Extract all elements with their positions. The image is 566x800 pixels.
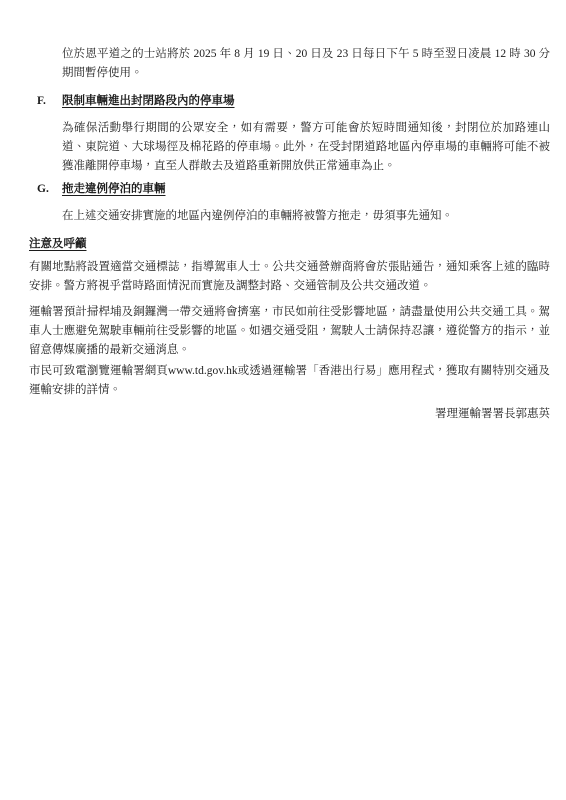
section-f-title: 限制車輛進出封閉路段內的停車場 xyxy=(62,92,235,111)
document-page: 位於恩平道之的士站將於 2025 年 8 月 19 日、20 日及 23 日每日… xyxy=(0,0,566,800)
section-g-title: 拖走違例停泊的車輛 xyxy=(62,180,166,199)
signature-line: 署理運輸署署長郭惠英 xyxy=(29,405,550,424)
document-content: 位於恩平道之的士站將於 2025 年 8 月 19 日、20 日及 23 日每日… xyxy=(0,0,566,424)
notes-paragraph-congestion-advice: 運輸署預計掃桿埔及銅鑼灣一帶交通將會擠塞，市民如前往受影響地區，請盡量使用公共交… xyxy=(29,303,550,360)
notes-paragraph-website-info: 市民可致電瀏覽運輸署網頁www.td.gov.hk或透過運輸署「香港出行易」應用… xyxy=(29,362,550,400)
section-g-paragraph: 在上述交通安排實施的地區內違例停泊的車輛將被警方拖走，毋須事先通知。 xyxy=(62,207,550,226)
section-g-letter: G. xyxy=(29,180,62,199)
section-f-paragraph: 為確保活動舉行期間的公眾安全，如有需要，警方可能會於短時間通知後，封閉位於加路連… xyxy=(62,119,550,176)
section-f-heading: F. 限制車輛進出封閉路段內的停車場 xyxy=(29,92,550,111)
section-f-letter: F. xyxy=(29,92,62,111)
notes-heading: 注意及呼籲 xyxy=(29,235,550,254)
section-g-heading: G. 拖走違例停泊的車輛 xyxy=(29,180,550,199)
notes-paragraph-traffic-signs: 有關地點將設置適當交通標誌，指導駕車人士。公共交通營辦商將會於張貼通告，通知乘客… xyxy=(29,258,550,296)
intro-paragraph: 位於恩平道之的士站將於 2025 年 8 月 19 日、20 日及 23 日每日… xyxy=(62,45,550,83)
